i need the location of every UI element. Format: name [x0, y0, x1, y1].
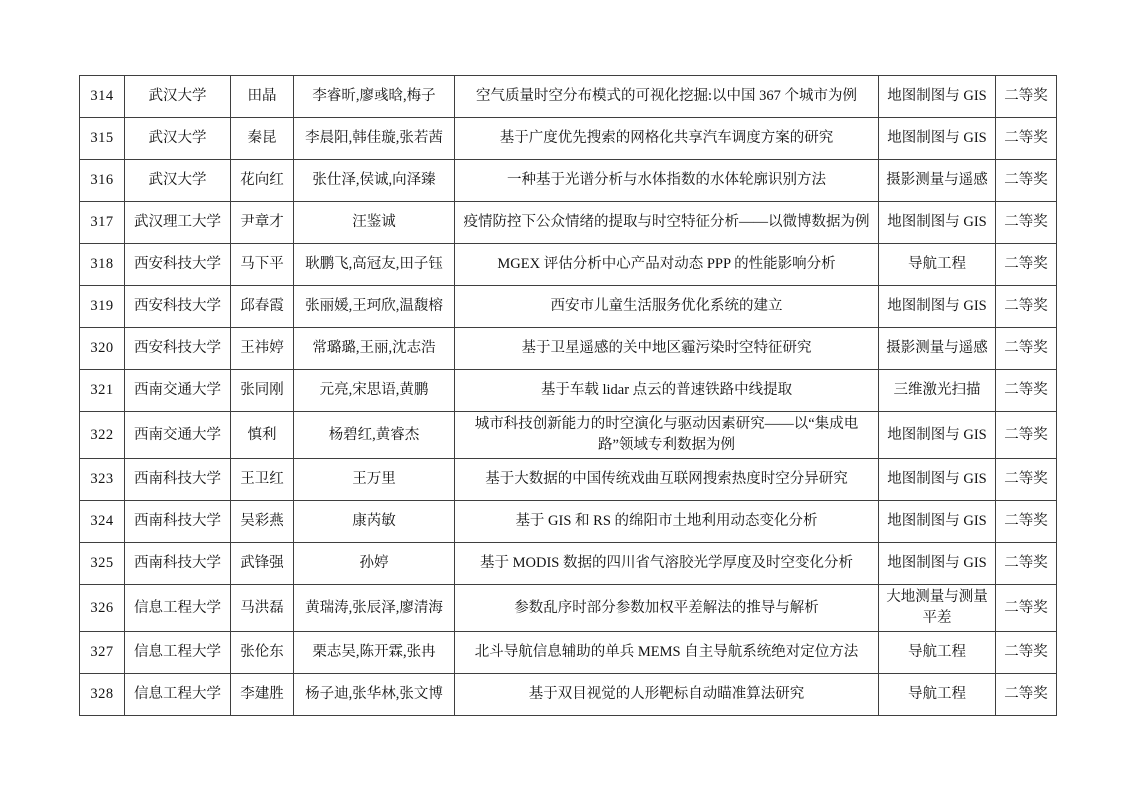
cell-category: 地图制图与 GIS [879, 412, 996, 459]
cell-award: 二等奖 [996, 286, 1057, 328]
cell-leader: 武锋强 [231, 543, 294, 585]
cell-leader: 尹章才 [231, 202, 294, 244]
cell-leader: 秦昆 [231, 118, 294, 160]
table-row: 317武汉理工大学尹章才汪鉴诚疫情防控下公众情绪的提取与时空特征分析——以微博数… [80, 202, 1057, 244]
cell-university: 武汉大学 [125, 76, 231, 118]
cell-no: 325 [80, 543, 125, 585]
table-row: 322西南交通大学慎利杨碧红,黄睿杰城市科技创新能力的时空演化与驱动因素研究——… [80, 412, 1057, 459]
cell-award: 二等奖 [996, 118, 1057, 160]
cell-award: 二等奖 [996, 76, 1057, 118]
cell-title: 基于广度优先搜索的网格化共享汽车调度方案的研究 [455, 118, 879, 160]
cell-members: 杨碧红,黄睿杰 [294, 412, 455, 459]
table-row: 326信息工程大学马洪磊黄瑞涛,张辰泽,廖清海参数乱序时部分参数加权平差解法的推… [80, 585, 1057, 632]
cell-category: 地图制图与 GIS [879, 118, 996, 160]
cell-leader: 马下平 [231, 244, 294, 286]
table-row: 318西安科技大学马下平耿鹏飞,高冠友,田子钰MGEX 评估分析中心产品对动态 … [80, 244, 1057, 286]
awards-table-body: 314武汉大学田晶李睿昕,廖彧晗,梅子空气质量时空分布模式的可视化挖掘:以中国 … [80, 76, 1057, 716]
table-row: 316武汉大学花向红张仕泽,侯诚,向泽臻一种基于光谱分析与水体指数的水体轮廓识别… [80, 160, 1057, 202]
cell-leader: 吴彩燕 [231, 501, 294, 543]
cell-members: 李睿昕,廖彧晗,梅子 [294, 76, 455, 118]
cell-no: 317 [80, 202, 125, 244]
cell-members: 常璐璐,王丽,沈志浩 [294, 328, 455, 370]
cell-category: 地图制图与 GIS [879, 459, 996, 501]
cell-category: 三维激光扫描 [879, 370, 996, 412]
cell-title: 参数乱序时部分参数加权平差解法的推导与解析 [455, 585, 879, 632]
cell-category: 大地测量与测量平差 [879, 585, 996, 632]
cell-title: 西安市儿童生活服务优化系统的建立 [455, 286, 879, 328]
cell-title: 基于 MODIS 数据的四川省气溶胶光学厚度及时空变化分析 [455, 543, 879, 585]
cell-no: 315 [80, 118, 125, 160]
cell-members: 杨子迪,张华林,张文博 [294, 674, 455, 716]
cell-title: 空气质量时空分布模式的可视化挖掘:以中国 367 个城市为例 [455, 76, 879, 118]
cell-leader: 王卫红 [231, 459, 294, 501]
cell-university: 武汉大学 [125, 118, 231, 160]
cell-no: 320 [80, 328, 125, 370]
cell-no: 322 [80, 412, 125, 459]
cell-title: 基于双目视觉的人形靶标自动瞄准算法研究 [455, 674, 879, 716]
cell-university: 西南科技大学 [125, 459, 231, 501]
cell-title: 城市科技创新能力的时空演化与驱动因素研究——以“集成电路”领域专利数据为例 [455, 412, 879, 459]
cell-category: 导航工程 [879, 674, 996, 716]
table-row: 319西安科技大学邱春霞张丽媛,王珂欣,温馥榕西安市儿童生活服务优化系统的建立地… [80, 286, 1057, 328]
cell-university: 西安科技大学 [125, 328, 231, 370]
cell-members: 张丽媛,王珂欣,温馥榕 [294, 286, 455, 328]
cell-members: 耿鹏飞,高冠友,田子钰 [294, 244, 455, 286]
cell-leader: 李建胜 [231, 674, 294, 716]
cell-no: 324 [80, 501, 125, 543]
cell-title: 基于 GIS 和 RS 的绵阳市土地利用动态变化分析 [455, 501, 879, 543]
cell-leader: 张伦东 [231, 632, 294, 674]
table-row: 325西南科技大学武锋强孙婷基于 MODIS 数据的四川省气溶胶光学厚度及时空变… [80, 543, 1057, 585]
table-row: 328信息工程大学李建胜杨子迪,张华林,张文博基于双目视觉的人形靶标自动瞄准算法… [80, 674, 1057, 716]
cell-award: 二等奖 [996, 674, 1057, 716]
cell-award: 二等奖 [996, 160, 1057, 202]
cell-award: 二等奖 [996, 459, 1057, 501]
cell-leader: 邱春霞 [231, 286, 294, 328]
cell-university: 武汉理工大学 [125, 202, 231, 244]
cell-title: 北斗导航信息辅助的单兵 MEMS 自主导航系统绝对定位方法 [455, 632, 879, 674]
table-row: 320西安科技大学王祎婷常璐璐,王丽,沈志浩基于卫星遥感的关中地区霾污染时空特征… [80, 328, 1057, 370]
table-row: 324西南科技大学吴彩燕康芮敏基于 GIS 和 RS 的绵阳市土地利用动态变化分… [80, 501, 1057, 543]
cell-university: 西南交通大学 [125, 412, 231, 459]
cell-award: 二等奖 [996, 632, 1057, 674]
document-page: 314武汉大学田晶李睿昕,廖彧晗,梅子空气质量时空分布模式的可视化挖掘:以中国 … [0, 0, 1123, 794]
cell-title: 基于车载 lidar 点云的普速铁路中线提取 [455, 370, 879, 412]
cell-category: 地图制图与 GIS [879, 501, 996, 543]
cell-no: 316 [80, 160, 125, 202]
cell-leader: 花向红 [231, 160, 294, 202]
cell-award: 二等奖 [996, 328, 1057, 370]
cell-title: 基于卫星遥感的关中地区霾污染时空特征研究 [455, 328, 879, 370]
cell-award: 二等奖 [996, 585, 1057, 632]
cell-no: 319 [80, 286, 125, 328]
table-row: 323西南科技大学王卫红王万里基于大数据的中国传统戏曲互联网搜索热度时空分异研究… [80, 459, 1057, 501]
cell-category: 导航工程 [879, 244, 996, 286]
cell-title: MGEX 评估分析中心产品对动态 PPP 的性能影响分析 [455, 244, 879, 286]
cell-members: 孙婷 [294, 543, 455, 585]
cell-leader: 张同刚 [231, 370, 294, 412]
table-row: 327信息工程大学张伦东栗志吴,陈开霖,张冉北斗导航信息辅助的单兵 MEMS 自… [80, 632, 1057, 674]
cell-leader: 马洪磊 [231, 585, 294, 632]
cell-category: 地图制图与 GIS [879, 76, 996, 118]
cell-members: 王万里 [294, 459, 455, 501]
cell-university: 信息工程大学 [125, 674, 231, 716]
cell-university: 西南科技大学 [125, 543, 231, 585]
cell-category: 摄影测量与遥感 [879, 160, 996, 202]
cell-no: 327 [80, 632, 125, 674]
cell-leader: 慎利 [231, 412, 294, 459]
cell-leader: 田晶 [231, 76, 294, 118]
cell-no: 321 [80, 370, 125, 412]
cell-award: 二等奖 [996, 501, 1057, 543]
cell-title: 一种基于光谱分析与水体指数的水体轮廓识别方法 [455, 160, 879, 202]
cell-title: 基于大数据的中国传统戏曲互联网搜索热度时空分异研究 [455, 459, 879, 501]
cell-members: 黄瑞涛,张辰泽,廖清海 [294, 585, 455, 632]
cell-award: 二等奖 [996, 202, 1057, 244]
cell-award: 二等奖 [996, 412, 1057, 459]
cell-university: 信息工程大学 [125, 585, 231, 632]
cell-category: 地图制图与 GIS [879, 202, 996, 244]
cell-university: 西安科技大学 [125, 286, 231, 328]
table-row: 314武汉大学田晶李睿昕,廖彧晗,梅子空气质量时空分布模式的可视化挖掘:以中国 … [80, 76, 1057, 118]
cell-university: 信息工程大学 [125, 632, 231, 674]
cell-university: 西南科技大学 [125, 501, 231, 543]
cell-no: 318 [80, 244, 125, 286]
cell-category: 地图制图与 GIS [879, 543, 996, 585]
cell-award: 二等奖 [996, 244, 1057, 286]
cell-members: 汪鉴诚 [294, 202, 455, 244]
cell-no: 326 [80, 585, 125, 632]
cell-title: 疫情防控下公众情绪的提取与时空特征分析——以微博数据为例 [455, 202, 879, 244]
cell-category: 地图制图与 GIS [879, 286, 996, 328]
cell-category: 摄影测量与遥感 [879, 328, 996, 370]
cell-no: 314 [80, 76, 125, 118]
cell-no: 328 [80, 674, 125, 716]
cell-award: 二等奖 [996, 543, 1057, 585]
table-row: 321西南交通大学张同刚元亮,宋思语,黄鹏基于车载 lidar 点云的普速铁路中… [80, 370, 1057, 412]
cell-university: 西南交通大学 [125, 370, 231, 412]
cell-university: 西安科技大学 [125, 244, 231, 286]
cell-university: 武汉大学 [125, 160, 231, 202]
cell-members: 元亮,宋思语,黄鹏 [294, 370, 455, 412]
cell-category: 导航工程 [879, 632, 996, 674]
awards-table: 314武汉大学田晶李睿昕,廖彧晗,梅子空气质量时空分布模式的可视化挖掘:以中国 … [79, 75, 1057, 716]
cell-no: 323 [80, 459, 125, 501]
cell-leader: 王祎婷 [231, 328, 294, 370]
cell-members: 栗志吴,陈开霖,张冉 [294, 632, 455, 674]
cell-members: 张仕泽,侯诚,向泽臻 [294, 160, 455, 202]
cell-members: 康芮敏 [294, 501, 455, 543]
cell-members: 李晨阳,韩佳璇,张若茜 [294, 118, 455, 160]
table-row: 315武汉大学秦昆李晨阳,韩佳璇,张若茜基于广度优先搜索的网格化共享汽车调度方案… [80, 118, 1057, 160]
cell-award: 二等奖 [996, 370, 1057, 412]
